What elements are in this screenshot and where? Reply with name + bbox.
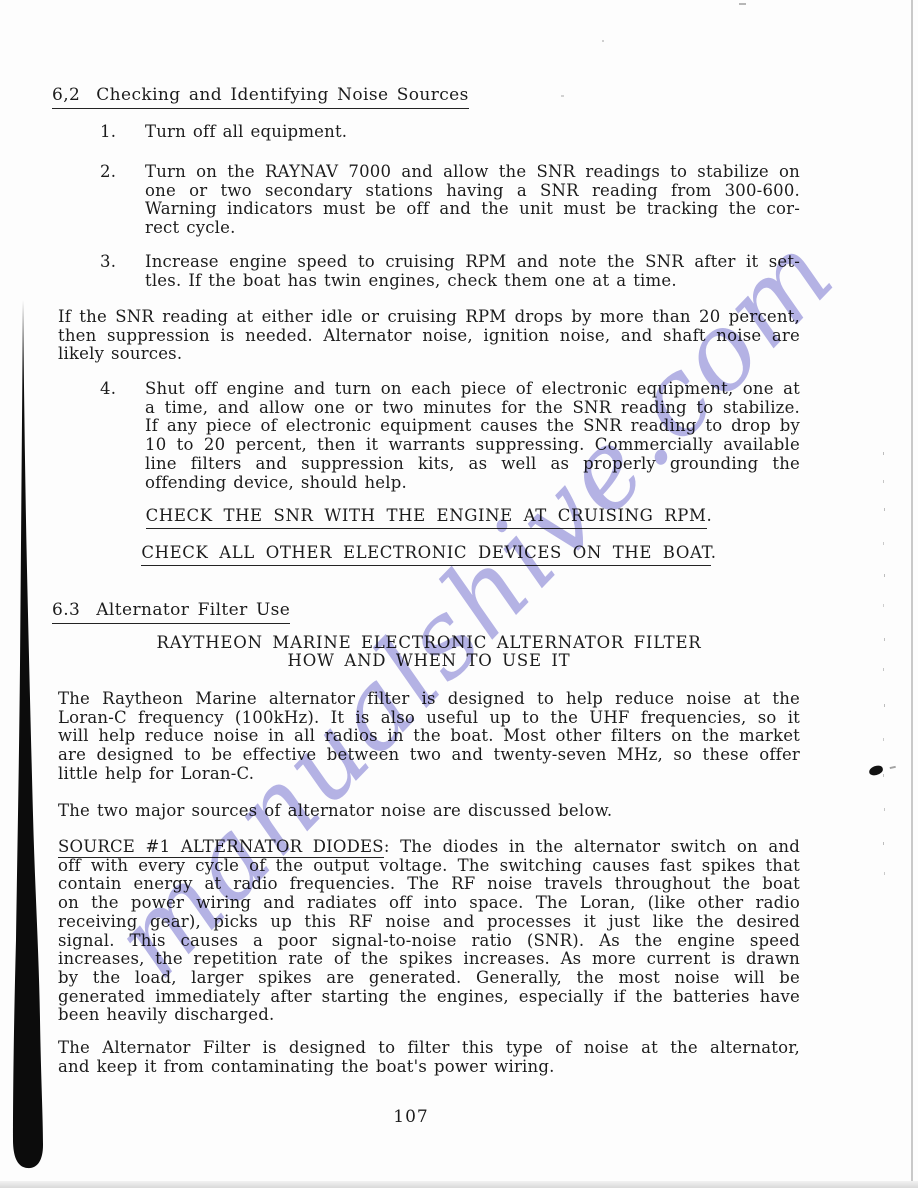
heading-underline: 6,2Checking and Identifying Noise Source… — [52, 86, 469, 109]
paragraph-line: offending device, should help. — [145, 474, 800, 493]
centered: HOW AND WHEN TO USE IT — [58, 652, 800, 671]
heading-underline: 6.3Alternator Filter Use — [52, 601, 290, 624]
paragraph: If the SNR reading at either idle or cru… — [58, 308, 800, 364]
paragraph-line: been heavily discharged. — [58, 1006, 800, 1025]
underlined-text: CHECK ALL OTHER ELECTRONIC DEVICES ON TH… — [141, 543, 710, 566]
paragraph-line: The Alternator Filter is designed to fil… — [58, 1039, 800, 1058]
list-item: 2.Turn on the RAYNAV 7000 and allow the … — [145, 163, 800, 238]
paragraph-line: likely sources. — [58, 345, 800, 364]
centered-underlined: CHECK ALL OTHER ELECTRONIC DEVICES ON TH… — [58, 544, 800, 563]
scan-edge-artifact — [0, 0, 60, 1188]
paragraph-line: by the load, larger spikes are generated… — [58, 969, 800, 988]
scanned-manual-page: 6,2Checking and Identifying Noise Source… — [0, 0, 918, 1188]
list-number: 4. — [100, 380, 116, 399]
paragraph: The two major sources of alternator nois… — [58, 802, 800, 821]
paragraph-line: The Raytheon Marine alternator filter is… — [58, 690, 800, 709]
scan-bottom-shadow — [0, 1181, 918, 1188]
list-number: 1. — [100, 123, 116, 142]
paragraph-line: Turn off all equipment. — [145, 123, 800, 142]
section-heading: 6,2Checking and Identifying Noise Source… — [52, 86, 469, 109]
paragraph-line: Warning indicators must be off and the u… — [145, 200, 800, 219]
paragraph-line: If any piece of electronic equipment cau… — [145, 417, 800, 436]
paragraph: The Alternator Filter is designed to fil… — [58, 1039, 800, 1076]
paragraph-line: The two major sources of alternator nois… — [58, 802, 800, 821]
paragraph-line: will help reduce noise in all radios in … — [58, 727, 800, 746]
paragraph-line: then suppression is needed. Alternator n… — [58, 327, 800, 346]
paragraph-line: Loran-C frequency (100kHz). It is also u… — [58, 709, 800, 728]
paragraph-line: on the power wiring and radiates off int… — [58, 894, 800, 913]
text-suffix: . — [711, 543, 717, 562]
paragraph-line: signal. This causes a poor signal-to-noi… — [58, 932, 800, 951]
scan-border-line — [911, 0, 913, 1188]
centered: RAYTHEON MARINE ELECTRONIC ALTERNATOR FI… — [58, 634, 800, 653]
paragraph: The Raytheon Marine alternator filter is… — [58, 690, 800, 784]
heading-title: Alternator Filter Use — [96, 600, 290, 620]
scan-speck — [602, 40, 604, 42]
paragraph-line: one or two secondary stations having a S… — [145, 182, 800, 201]
section-heading: 6.3Alternator Filter Use — [52, 601, 290, 624]
list-number: 3. — [100, 253, 116, 272]
list-item: 3.Increase engine speed to cruising RPM … — [145, 253, 800, 290]
scan-speck — [561, 95, 564, 97]
centered: 107 — [40, 1108, 782, 1127]
paragraph-line: little help for Loran-C. — [58, 765, 800, 784]
paragraph-line: Turn on the RAYNAV 7000 and allow the SN… — [145, 163, 800, 182]
scan-speck — [739, 3, 746, 5]
paragraph-line: SOURCE #1 ALTERNATOR DIODES: The diodes … — [58, 838, 800, 857]
list-item: 4.Shut off engine and turn on each piece… — [145, 380, 800, 492]
paragraph-line: line filters and suppression kits, as we… — [145, 455, 800, 474]
heading-title: Checking and Identifying Noise Sources — [96, 85, 469, 105]
paragraph-line: rect cycle. — [145, 219, 800, 238]
paragraph-line: generated immediately after starting the… — [58, 988, 800, 1007]
scan-dash-artifacts — [883, 452, 884, 455]
ink-blot-artifact — [868, 765, 884, 777]
paragraph-line: If the SNR reading at either idle or cru… — [58, 308, 800, 327]
paragraph-line: off with every cycle of the output volta… — [58, 857, 800, 876]
paragraph-line: are designed to be effective between two… — [58, 746, 800, 765]
underlined-text: CHECK THE SNR WITH THE ENGINE AT CRUISIN… — [146, 506, 707, 529]
paragraph-line: a time, and allow one or two minutes for… — [145, 399, 800, 418]
paragraph: SOURCE #1 ALTERNATOR DIODES: The diodes … — [58, 838, 800, 1025]
paragraph-line: contain energy at radio frequencies. The… — [58, 875, 800, 894]
underlined-lead: SOURCE #1 ALTERNATOR DIODES — [58, 837, 384, 858]
list-item: 1.Turn off all equipment. — [145, 123, 800, 142]
paragraph-line: and keep it from contaminating the boat'… — [58, 1058, 800, 1077]
paragraph-line: tles. If the boat has twin engines, chec… — [145, 272, 800, 291]
paragraph-line: receiving gear), picks up this RF noise … — [58, 913, 800, 932]
text-suffix: . — [707, 506, 713, 525]
paragraph-line: Shut off engine and turn on each piece o… — [145, 380, 800, 399]
list-number: 2. — [100, 163, 116, 182]
paragraph-line: Increase engine speed to cruising RPM an… — [145, 253, 800, 272]
centered-underlined: CHECK THE SNR WITH THE ENGINE AT CRUISIN… — [58, 507, 800, 526]
paragraph-line: 10 to 20 percent, then it warrants suppr… — [145, 436, 800, 455]
paragraph-line: increases, the repetition rate of the sp… — [58, 950, 800, 969]
